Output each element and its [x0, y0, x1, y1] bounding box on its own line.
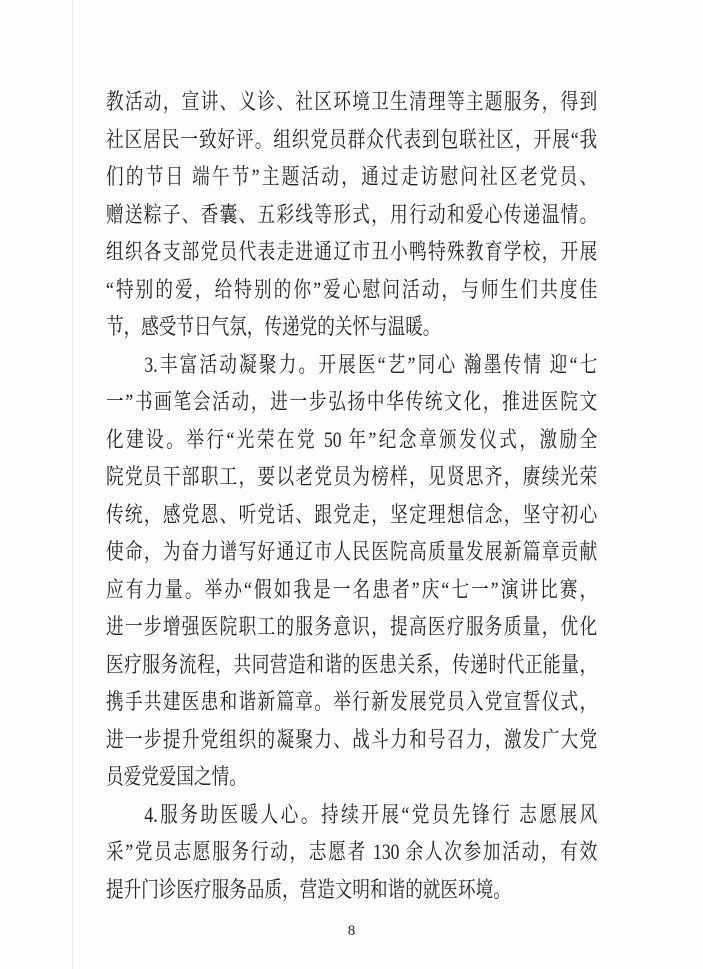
text-line: 赠送粽子、香囊、五彩线等形式，用行动和爱心传递温情。: [106, 196, 597, 234]
text-line: 们的节日 端午节”主题活动，通过走访慰问社区老党员、: [106, 158, 597, 196]
text-line: 使命，为奋力谱写好通辽市人民医院高质量发展新篇章贡献: [106, 533, 597, 571]
text-line: 化建设。举行“光荣在党 50 年”纪念章颁发仪式，激励全: [106, 421, 597, 459]
text-line: 院党员干部职工，要以老党员为榜样，见贤思齐，赓续光荣: [106, 458, 597, 496]
text-line: 教活动，宣讲、义诊、社区环境卫生清理等主题服务，得到: [106, 83, 597, 121]
text-line: 采”党员志愿服务行动，志愿者 130 余人次参加活动，有效: [106, 833, 597, 871]
text-line: 提升门诊医疗服务品质，营造文明和谐的就医环境。: [106, 871, 597, 909]
text-line: 组织各支部党员代表走进通辽市丑小鸭特殊教育学校，开展: [106, 233, 597, 271]
text-line: 医疗服务流程，共同营造和谐的医患关系，传递时代正能量，: [106, 646, 597, 684]
text-line: 员爱党爱国之情。: [106, 758, 597, 796]
text-line: 一”书画笔会活动，进一步弘扬中华传统文化，推进医院文: [106, 383, 597, 421]
text-line: 携手共建医患和谐新篇章。举行新发展党员入党宣誓仪式，: [106, 683, 597, 721]
text-line: 进一步提升党组织的凝聚力、战斗力和号召力，激发广大党: [106, 721, 597, 759]
page-number: 8: [0, 921, 703, 941]
scan-artifact-line: [72, 0, 73, 969]
text-line: 应有力量。举办“假如我是一名患者”庆“七一”演讲比赛，: [106, 571, 597, 609]
document-body: 教活动，宣讲、义诊、社区环境卫生清理等主题服务，得到 社区居民一致好评。组织党员…: [106, 83, 703, 908]
text-line: “特别的爱，给特别的你”爱心慰问活动，与师生们共度佳: [106, 271, 597, 309]
text-line: 社区居民一致好评。组织党员群众代表到包联社区，开展“我: [106, 121, 597, 159]
text-line-paragraph-start: 3.丰富活动凝聚力。开展医“艺”同心 瀚墨传情 迎“七: [106, 346, 597, 384]
text-line: 节，感受节日气氛，传递党的关怀与温暖。: [106, 308, 597, 346]
text-line: 进一步增强医院职工的服务意识，提高医疗服务质量，优化: [106, 608, 597, 646]
text-line-paragraph-start: 4.服务助医暖人心。持续开展“党员先锋行 志愿展风: [106, 796, 597, 834]
text-line: 传统，感党恩、听党话、跟党走，坚定理想信念，坚守初心: [106, 496, 597, 534]
document-page: 教活动，宣讲、义诊、社区环境卫生清理等主题服务，得到 社区居民一致好评。组织党员…: [0, 0, 703, 969]
